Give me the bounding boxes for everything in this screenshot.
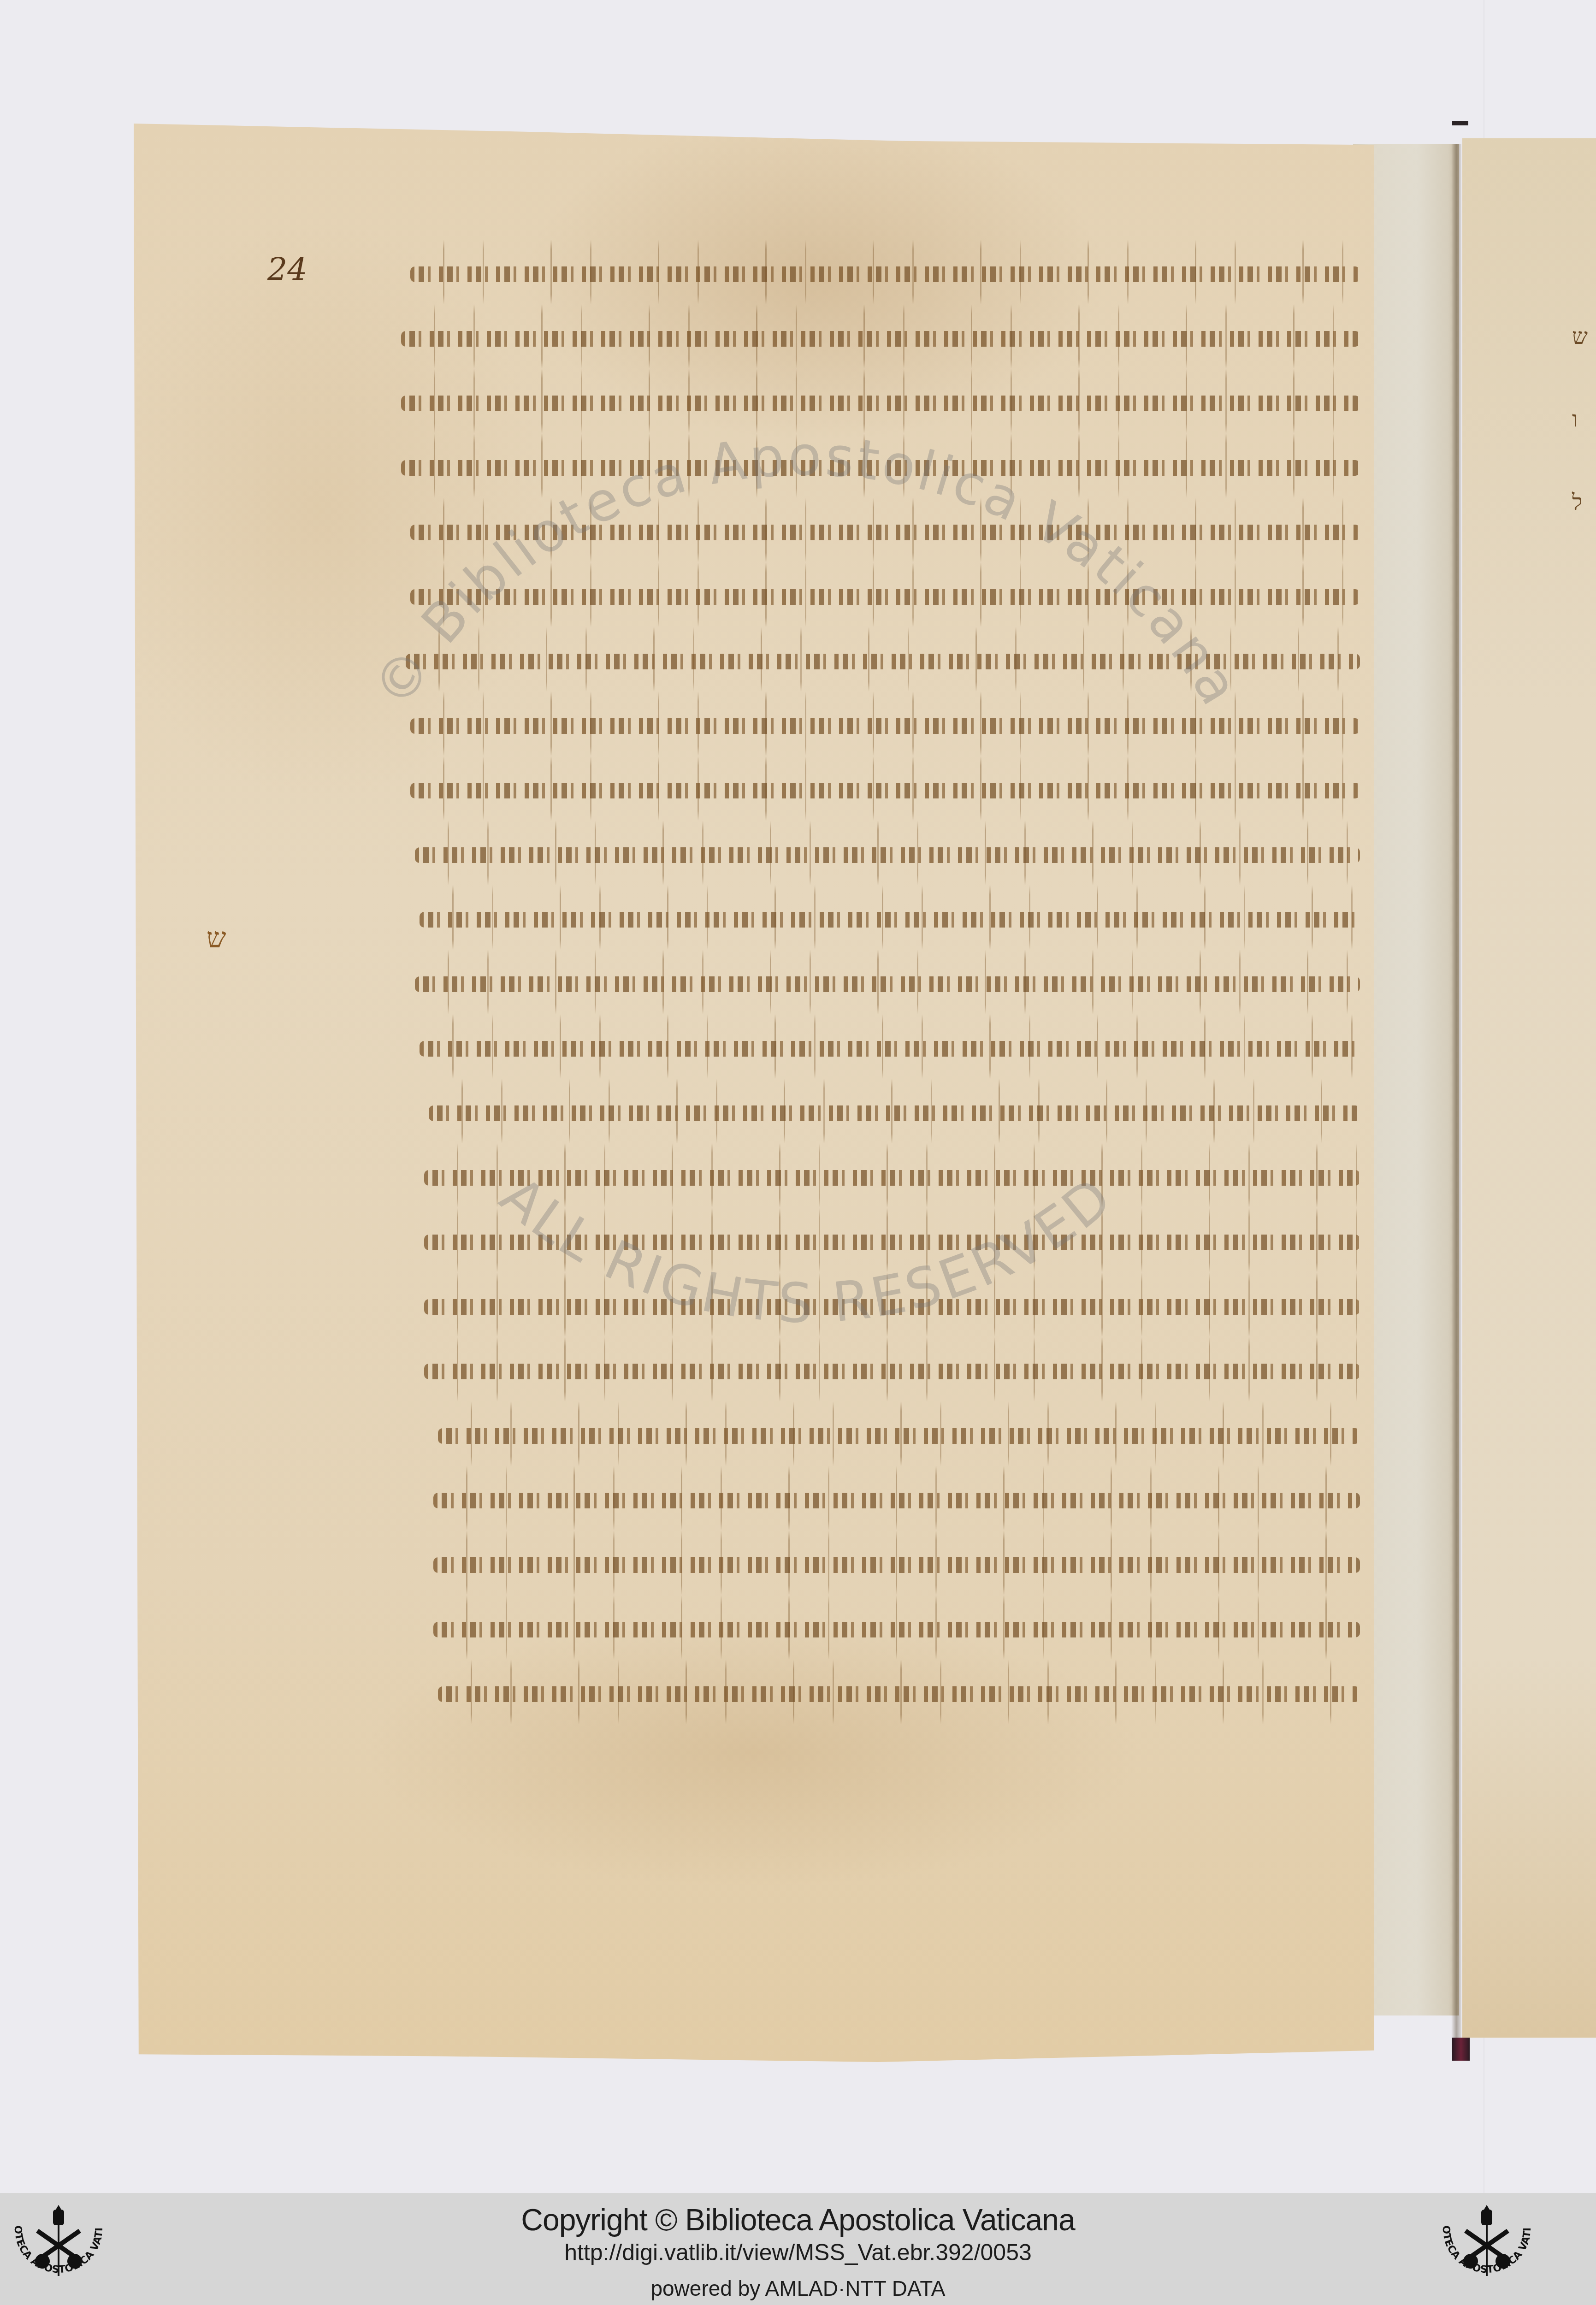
manuscript-line xyxy=(401,498,1360,562)
manuscript-line xyxy=(401,433,1360,498)
manuscript-line xyxy=(401,885,1360,950)
manuscript-text-block xyxy=(401,240,1360,1761)
manuscript-line xyxy=(401,950,1360,1014)
manuscript-line xyxy=(401,1014,1360,1079)
manuscript-line xyxy=(401,562,1360,627)
manuscript-line xyxy=(401,1272,1360,1337)
adjacent-leaf-marks: ש ו ל xyxy=(1572,295,1588,544)
manuscript-line xyxy=(401,369,1360,433)
manuscript-line xyxy=(401,1143,1360,1208)
manuscript-line xyxy=(401,1337,1360,1401)
manuscript-line xyxy=(401,1401,1360,1466)
manuscript-line xyxy=(401,1660,1360,1724)
source-url[interactable]: http://digi.vatlib.it/view/MSS_Vat.ebr.3… xyxy=(0,2239,1596,2266)
manuscript-line xyxy=(401,691,1360,756)
manuscript-line xyxy=(401,1531,1360,1595)
vatican-library-logo: BIBLIOTECA APOSTOLICA VATICANA xyxy=(1434,2201,1540,2298)
manuscript-line xyxy=(401,627,1360,691)
binding-thread-bottom xyxy=(1452,2038,1470,2061)
folio-number: 24 xyxy=(267,251,307,288)
manuscript-line xyxy=(401,304,1360,369)
gutter-shadow xyxy=(1451,144,1461,2052)
copyright-text: Copyright © Biblioteca Apostolica Vatica… xyxy=(0,2202,1596,2237)
manuscript-line xyxy=(401,1466,1360,1531)
manuscript-line xyxy=(401,756,1360,821)
manuscript-line xyxy=(401,1595,1360,1660)
binding-thread-top xyxy=(1452,121,1468,125)
manuscript-line xyxy=(401,821,1360,885)
powered-by-text: powered by AMLAD·NTT DATA xyxy=(0,2276,1596,2301)
margin-note: ש xyxy=(207,922,226,954)
manuscript-line xyxy=(401,1079,1360,1143)
copyright-footer: BIBLIOTECA APOSTOLICA VATICANA Copyright… xyxy=(0,2193,1596,2305)
image-viewer: ש ו ל 24 ש © B xyxy=(0,0,1596,2193)
manuscript-line xyxy=(401,1208,1360,1272)
manuscript-line xyxy=(401,240,1360,304)
